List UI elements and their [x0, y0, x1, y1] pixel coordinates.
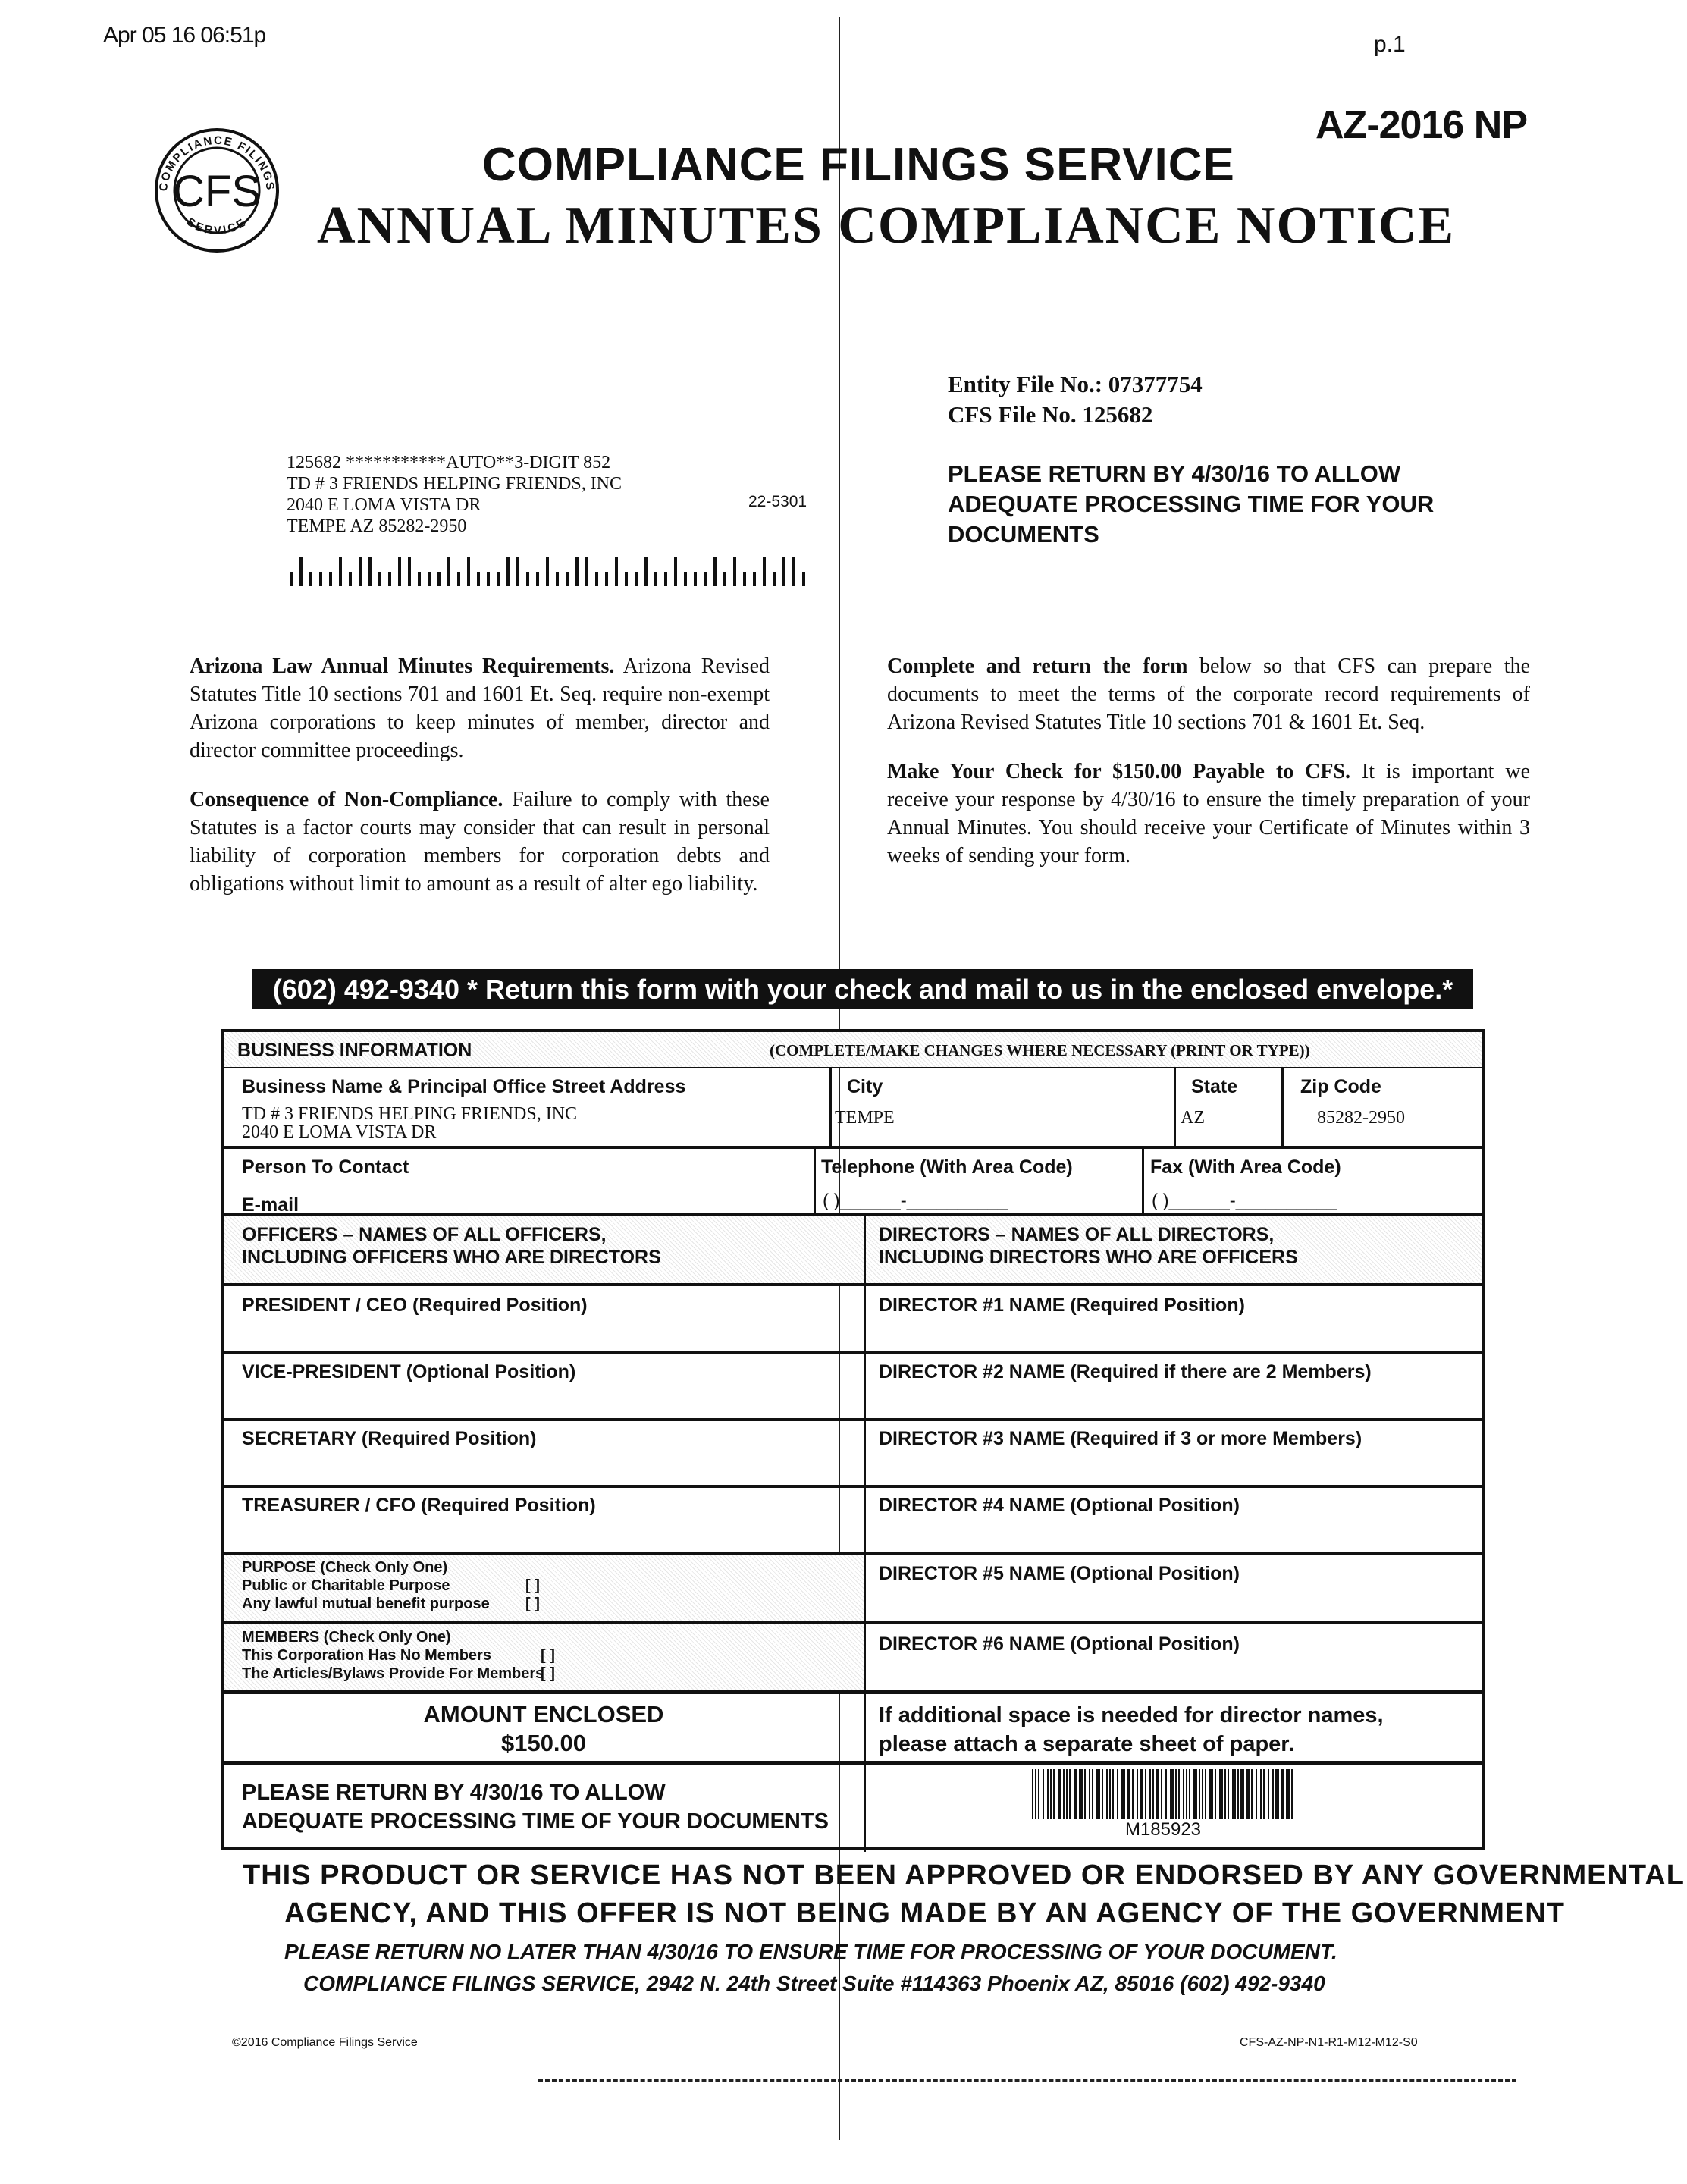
vice-president-name-input[interactable] [242, 1387, 848, 1414]
state-label: State [1191, 1076, 1237, 1098]
copyright-notice: ©2016 Compliance Filings Service [232, 2036, 418, 2050]
director-6-name-input[interactable] [879, 1662, 1470, 1692]
business-info-heading: BUSINESS INFORMATION [237, 1040, 472, 1062]
purpose-title: PURPOSE (Check Only One) [242, 1558, 447, 1577]
state-field[interactable]: AZ [1181, 1108, 1205, 1128]
file-info: Entity File No.: 07377754 CFS File No. 1… [948, 369, 1203, 430]
tear-line [538, 2079, 1516, 2082]
zip-label: Zip Code [1300, 1076, 1381, 1098]
cfs-file-number: CFS File No. 125682 [948, 400, 1203, 430]
director-1-name-input[interactable] [879, 1320, 1470, 1348]
fax-timestamp: Apr 05 16 06:51p [103, 23, 265, 49]
director-5-label: DIRECTOR #5 NAME (Optional Position) [879, 1563, 1240, 1585]
director-2-name-input[interactable] [879, 1387, 1470, 1414]
right-info-column: Complete and return the form below so th… [887, 652, 1530, 891]
non-compliance-paragraph: Consequence of Non-Compliance. Failure t… [190, 786, 770, 898]
president-name-input[interactable] [242, 1320, 848, 1348]
svg-text:SERVICE: SERVICE [184, 215, 249, 237]
director-4-name-input[interactable] [879, 1520, 1470, 1548]
svg-text:CFS: CFS [173, 167, 261, 216]
treasurer-name-input[interactable] [242, 1520, 848, 1548]
postal-barcode-icon [288, 557, 811, 586]
barcode-id: M185923 [1030, 1819, 1296, 1840]
business-name-label: Business Name & Principal Office Street … [242, 1076, 685, 1098]
return-instructions-banner: (602) 492-9340 * Return this form with y… [252, 969, 1473, 1009]
notice-title: ANNUAL MINUTES COMPLIANCE NOTICE [317, 196, 1455, 256]
members-option-none-label: This Corporation Has No Members [242, 1646, 491, 1665]
director-5-name-input[interactable] [879, 1590, 1470, 1621]
cfs-seal-icon: COMPLIANCE FILINGS SERVICE CFS [150, 126, 284, 255]
law-requirements-paragraph: Arizona Law Annual Minutes Requirements.… [190, 652, 770, 764]
amount-enclosed-label: AMOUNT ENCLOSED [224, 1700, 864, 1729]
director-4-label: DIRECTOR #4 NAME (Optional Position) [879, 1495, 1240, 1517]
purpose-option-mutual-label: Any lawful mutual benefit purpose [242, 1595, 490, 1613]
business-information-form: BUSINESS INFORMATION (COMPLETE/MAKE CHAN… [221, 1029, 1485, 1850]
street-address-field[interactable]: 2040 E LOMA VISTA DR [242, 1122, 436, 1142]
contact-label: Person To Contact [242, 1156, 409, 1178]
city-field[interactable]: TEMPE [835, 1108, 895, 1128]
fax-field[interactable]: ( )______-__________ [1152, 1191, 1337, 1211]
members-none-checkbox[interactable]: [ ] [541, 1646, 555, 1665]
amount-enclosed-value: $150.00 [224, 1729, 864, 1758]
director-2-label: DIRECTOR #2 NAME (Required if there are … [879, 1361, 1372, 1383]
directors-header: DIRECTORS – NAMES OF ALL DIRECTORS,INCLU… [879, 1223, 1298, 1269]
additional-space-note: If additional space is needed for direct… [879, 1701, 1384, 1759]
address-line: 125682 ***********AUTO**3-DIGIT 852 [287, 452, 622, 473]
form-code: AZ-2016 NP [1315, 102, 1527, 148]
contact-field[interactable] [421, 1156, 800, 1179]
entity-file-number: Entity File No.: 07377754 [948, 369, 1203, 400]
business-name-field[interactable]: TD # 3 FRIENDS HELPING FRIENDS, INC [242, 1104, 577, 1124]
members-option-bylaws-label: The Articles/Bylaws Provide For Members [242, 1665, 544, 1683]
director-3-name-input[interactable] [879, 1454, 1470, 1481]
disclaimer-return-deadline: PLEASE RETURN NO LATER THAN 4/30/16 TO E… [284, 1940, 1337, 1964]
address-code: 22-5301 [748, 493, 807, 511]
fax-label: Fax (With Area Code) [1150, 1156, 1341, 1178]
company-title: COMPLIANCE FILINGS SERVICE [482, 138, 1235, 192]
mailing-address: 125682 ***********AUTO**3-DIGIT 852 TD #… [287, 452, 622, 537]
left-info-column: Arizona Law Annual Minutes Requirements.… [190, 652, 770, 919]
secretary-name-input[interactable] [242, 1454, 848, 1481]
members-title: MEMBERS (Check Only One) [242, 1628, 451, 1646]
address-line: 2040 E LOMA VISTA DR [287, 494, 622, 516]
return-notice-top: PLEASE RETURN BY 4/30/16 TO ALLOW ADEQUA… [948, 459, 1524, 550]
officer-treasurer-label: TREASURER / CFO (Required Position) [242, 1495, 596, 1517]
director-3-label: DIRECTOR #3 NAME (Required if 3 or more … [879, 1428, 1362, 1450]
form-barcode-icon [1030, 1769, 1296, 1819]
business-info-instruction: (COMPLETE/MAKE CHANGES WHERE NECESSARY (… [770, 1041, 1310, 1060]
check-payment-paragraph: Make Your Check for $150.00 Payable to C… [887, 758, 1530, 870]
page-number: p.1 [1374, 32, 1406, 58]
purpose-public-checkbox[interactable]: [ ] [525, 1577, 540, 1595]
address-line: TD # 3 FRIENDS HELPING FRIENDS, INC [287, 473, 622, 494]
purpose-mutual-checkbox[interactable]: [ ] [525, 1595, 540, 1613]
officer-president-label: PRESIDENT / CEO (Required Position) [242, 1294, 588, 1316]
complete-form-paragraph: Complete and return the form below so th… [887, 652, 1530, 736]
disclaimer-company-address: COMPLIANCE FILINGS SERVICE, 2942 N. 24th… [303, 1972, 1325, 1996]
director-6-label: DIRECTOR #6 NAME (Optional Position) [879, 1633, 1240, 1655]
zip-field[interactable]: 85282-2950 [1317, 1108, 1405, 1128]
disclaimer-line-1: THIS PRODUCT OR SERVICE HAS NOT BEEN APP… [243, 1859, 1685, 1892]
director-1-label: DIRECTOR #1 NAME (Required Position) [879, 1294, 1245, 1316]
members-bylaws-checkbox[interactable]: [ ] [541, 1665, 555, 1683]
document-code: CFS-AZ-NP-N1-R1-M12-M12-S0 [1240, 2036, 1418, 2050]
telephone-label: Telephone (With Area Code) [821, 1156, 1073, 1178]
telephone-field[interactable]: ( )______-__________ [823, 1191, 1008, 1211]
address-line: TEMPE AZ 85282-2950 [287, 516, 622, 537]
officer-vice-president-label: VICE-PRESIDENT (Optional Position) [242, 1361, 575, 1383]
disclaimer-line-2: AGENCY, AND THIS OFFER IS NOT BEING MADE… [284, 1897, 1565, 1930]
purpose-option-public-label: Public or Charitable Purpose [242, 1577, 450, 1595]
officer-secretary-label: SECRETARY (Required Position) [242, 1428, 536, 1450]
return-notice-form: PLEASE RETURN BY 4/30/16 TO ALLOWADEQUAT… [242, 1778, 829, 1836]
officers-header: OFFICERS – NAMES OF ALL OFFICERS,INCLUDI… [242, 1223, 661, 1269]
city-label: City [847, 1076, 883, 1098]
